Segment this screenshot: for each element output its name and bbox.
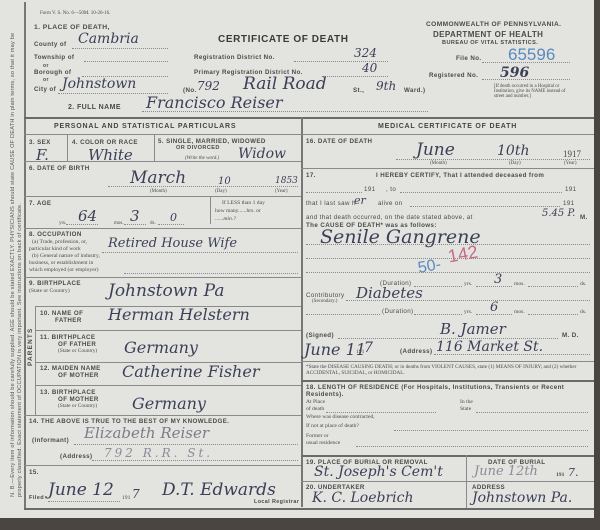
dod-day: 10th	[497, 143, 529, 159]
sidebar-note: N. B.—Every item of information should b…	[2, 20, 24, 510]
county-label: County of	[34, 41, 66, 48]
age-days: 0	[170, 211, 177, 224]
father-birthplace: Germany	[124, 338, 198, 357]
filed-label: Filed	[29, 495, 44, 501]
form-id: Form V. S. No. 6—50M. 10-26-16.	[40, 11, 110, 16]
occupation-label: 8. OCCUPATION	[29, 231, 82, 238]
code-blue: 50-	[417, 256, 443, 278]
city-label: City of	[34, 86, 56, 93]
occupation-value: Retired House Wife	[108, 236, 237, 251]
code-red: 142	[446, 242, 479, 268]
reg-district-value: 324	[354, 46, 377, 60]
dob-month: March	[130, 168, 186, 188]
street-no-value: 792	[197, 79, 220, 93]
st-label: St.,	[353, 87, 364, 94]
parents-label: PARENTS	[27, 328, 34, 366]
street-value: Rail Road	[243, 74, 327, 94]
death-time: 5.45 P.	[542, 208, 575, 219]
physician-address: 116 Market St.	[436, 339, 543, 355]
full-name-value: Francisco Reiser	[146, 93, 283, 112]
contributory-value: Diabetes	[356, 284, 423, 302]
dod-year: 1917	[563, 149, 581, 159]
agency-line-1: COMMONWEALTH OF PENNSYLVANIA.	[426, 21, 561, 28]
mother-birthplace: Germany	[132, 394, 206, 413]
physician-signature: B. Jamer	[440, 320, 506, 338]
birthplace-value: Johnstown Pa	[108, 281, 224, 301]
father-name: Herman Helstern	[108, 305, 250, 324]
dod-label: 16. DATE OF DEATH	[306, 138, 372, 145]
borough-label: Borough of	[34, 69, 71, 76]
ward-value: 9th	[376, 79, 396, 93]
registered-no-label: Registered No.	[429, 72, 478, 79]
informant-address: 792 R.R. St.	[104, 446, 213, 460]
primary-reg-value: 40	[362, 61, 377, 75]
informant-name: Elizabeth Reiser	[84, 424, 209, 442]
column-divider	[301, 117, 303, 507]
cause-footnote: *State the DISEASE CAUSING DEATH; or in …	[306, 364, 590, 376]
agency-line-2: DEPARTMENT OF HEALTH	[433, 30, 543, 39]
place-of-death-label: 1. PLACE OF DEATH,	[34, 24, 110, 31]
file-no-value: 65596	[508, 45, 555, 65]
last-saw-pronoun: er	[354, 194, 366, 207]
dod-month: June	[416, 140, 455, 160]
mother-name: Catherine Fisher	[122, 362, 259, 381]
county-value: Cambria	[78, 31, 139, 47]
sex-label: 3. SEX	[29, 139, 51, 146]
birthplace-label: 9. BIRTHPLACE	[29, 280, 81, 287]
age-years: 64	[78, 207, 97, 225]
reg-district-label: Registration District No.	[194, 54, 275, 61]
full-name-label: 2. FULL NAME	[68, 104, 121, 111]
undertaker-name: K. C. Loebrich	[312, 490, 413, 506]
residence-label: 18. LENGTH OF RESIDENCE (For Hospitals, …	[306, 384, 590, 398]
dob-year: 1853	[275, 176, 298, 186]
burial-place: St. Joseph's Cem't	[314, 464, 443, 480]
certificate-title: CERTIFICATE OF DEATH	[218, 34, 349, 45]
sidebar-instructions: N. B.—Every item of information should b…	[10, 27, 24, 497]
file-no-label: File No.	[456, 55, 482, 62]
duration-months: 3	[494, 272, 502, 287]
informant-label: (Informant)	[32, 437, 69, 444]
contributory-label: Contributory	[306, 292, 345, 299]
registered-no-value: 596	[500, 65, 529, 81]
dob-label: 6. DATE OF BIRTH	[29, 165, 90, 172]
undertaker-address: Johnstown Pa.	[472, 490, 572, 506]
age-months: 3	[130, 207, 140, 225]
burial-date: June 12th	[474, 464, 538, 479]
dob-day: 10	[218, 176, 231, 187]
institution-note: [If death occurred in a Hospital or Inst…	[494, 84, 566, 100]
medical-section-title: MEDICAL CERTIFICATE OF DEATH	[378, 123, 517, 130]
city-value: Johnstown	[62, 76, 136, 92]
registrar-signature: D.T. Edwards	[162, 480, 276, 500]
death-certificate: N. B.—Every item of information should b…	[0, 0, 594, 518]
filed-date: June 12	[48, 480, 114, 500]
signed-label: (Signed)	[306, 332, 334, 339]
age-label: 7. AGE	[29, 200, 51, 207]
marital-value: Widow	[238, 146, 286, 162]
personal-section-title: PERSONAL AND STATISTICAL PARTICULARS	[54, 123, 236, 130]
township-label: Township of	[34, 54, 74, 61]
margin-rule	[24, 2, 26, 508]
registrar-label: Local Registrar	[254, 499, 299, 505]
certify-text: I HEREBY CERTIFY, That I attended deceas…	[376, 172, 544, 179]
marital-label-line2: OR DIVORCED	[176, 145, 220, 151]
ward-label: Ward.)	[404, 87, 425, 94]
race-label: 4. COLOR OR RACE	[72, 139, 138, 146]
marital-label-line1: 5. SINGLE, MARRIED, WIDOWED	[158, 138, 266, 145]
contrib-months: 6	[490, 300, 498, 315]
